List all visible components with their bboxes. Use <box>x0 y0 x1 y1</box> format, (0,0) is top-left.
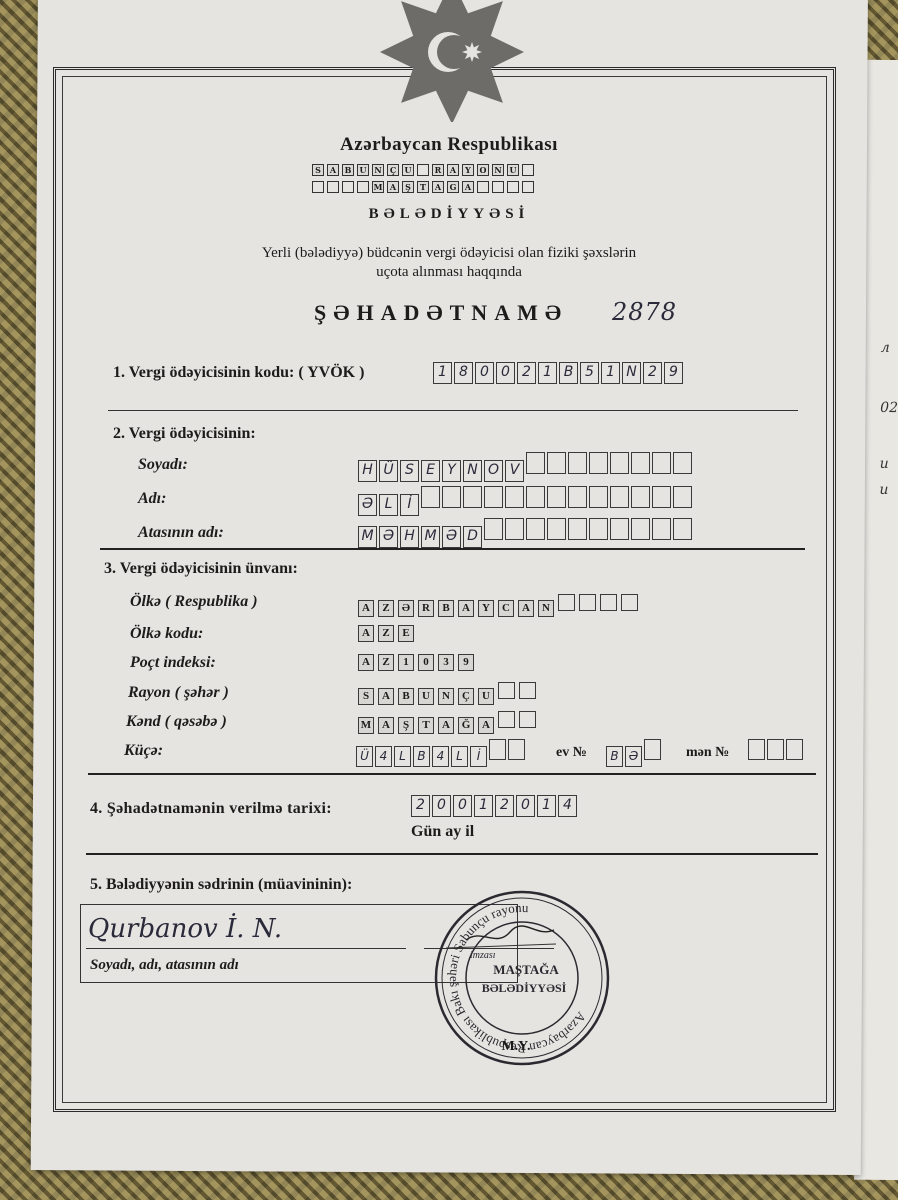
char-box[interactable] <box>748 739 765 760</box>
letter-box <box>327 181 339 193</box>
char-box[interactable]: 3 <box>438 654 454 671</box>
side-scribble: u <box>879 482 888 498</box>
char-box[interactable] <box>589 518 608 540</box>
district-field: SABUNÇU <box>358 682 540 705</box>
char-box[interactable]: A <box>438 717 454 734</box>
char-box[interactable]: İ <box>400 494 419 516</box>
char-box[interactable]: Ə <box>358 494 377 516</box>
char-box[interactable] <box>673 452 692 474</box>
char-box[interactable] <box>610 518 629 540</box>
char-box[interactable]: Ü <box>379 460 398 482</box>
stamp-line-1: MAŞTAĞA <box>493 962 559 977</box>
char-box[interactable]: 1 <box>601 362 620 384</box>
char-box[interactable]: 1 <box>474 795 493 817</box>
char-box[interactable] <box>579 594 596 611</box>
char-box[interactable]: Z <box>378 600 394 617</box>
village-label: Kənd ( qəsəbə ) <box>126 713 227 731</box>
char-box[interactable] <box>644 739 661 760</box>
certificate-title: ŞƏHADƏTNAMƏ <box>314 300 568 326</box>
char-box[interactable]: B <box>559 362 578 384</box>
apartment-field <box>748 739 805 765</box>
letter-box <box>342 181 354 193</box>
district-label: Rayon ( şəhər ) <box>128 684 229 702</box>
section2-heading: 2. Vergi ödəyicisinin: <box>113 425 256 443</box>
letter-box: U <box>357 164 369 176</box>
char-box[interactable]: H <box>358 460 377 482</box>
char-box[interactable]: 4 <box>375 746 392 767</box>
letter-box <box>507 181 519 193</box>
char-box[interactable] <box>526 518 545 540</box>
char-box[interactable] <box>673 486 692 508</box>
char-box[interactable]: 4 <box>432 746 449 767</box>
char-box[interactable]: M <box>358 526 377 548</box>
letter-box: R <box>432 164 444 176</box>
char-box[interactable]: M <box>421 526 440 548</box>
char-box[interactable] <box>558 594 575 611</box>
char-box[interactable] <box>786 739 803 760</box>
star-emblem-icon <box>372 0 532 122</box>
surname-label: Soyadı: <box>138 456 188 474</box>
republic-title: Azərbaycan Respublikası <box>0 134 898 156</box>
char-box[interactable]: A <box>518 600 534 617</box>
char-box[interactable]: 0 <box>453 795 472 817</box>
street-field: Ü4LB4Lİ <box>356 739 527 767</box>
country-field: AZƏRBAYCAN <box>358 594 642 617</box>
letter-box: Ş <box>402 181 414 193</box>
date-caption: Gün ay il <box>411 823 474 841</box>
signatory-caption: Soyadı, adı, atasının adı <box>90 957 239 974</box>
char-box[interactable]: D <box>463 526 482 548</box>
letter-box <box>357 181 369 193</box>
char-box[interactable]: Ç <box>458 688 474 705</box>
char-box[interactable] <box>673 518 692 540</box>
char-box[interactable] <box>568 518 587 540</box>
letter-box <box>312 181 324 193</box>
letter-box: G <box>447 181 459 193</box>
name-underline <box>86 948 406 949</box>
char-box[interactable]: N <box>438 688 454 705</box>
char-box[interactable]: 1 <box>433 362 452 384</box>
char-box[interactable]: 0 <box>475 362 494 384</box>
char-box[interactable]: U <box>418 688 434 705</box>
taxpayer-code-field: 180021B51N29 <box>433 362 685 384</box>
char-box[interactable]: Ş <box>398 717 414 734</box>
char-box[interactable] <box>610 452 629 474</box>
house-field: BƏ <box>606 739 663 767</box>
char-box[interactable]: 2 <box>643 362 662 384</box>
char-box[interactable]: A <box>358 600 374 617</box>
char-box[interactable]: B <box>413 746 430 767</box>
char-box[interactable]: N <box>538 600 554 617</box>
apartment-label: mən № <box>686 745 729 761</box>
letter-box: O <box>477 164 489 176</box>
char-box[interactable]: Ə <box>379 526 398 548</box>
document-subtitle: Yerli (bələdiyyə) büdcənin vergi ödəyici… <box>0 244 898 282</box>
country-code-field: AZE <box>358 623 418 642</box>
taxpayer-code-label: 1. Vergi ödəyicisinin kodu: ( YVÖK ) <box>113 364 364 382</box>
char-box[interactable] <box>484 518 503 540</box>
char-box[interactable]: 0 <box>418 654 434 671</box>
house-label: ev № <box>556 745 587 761</box>
divider <box>88 773 816 775</box>
char-box[interactable] <box>652 486 671 508</box>
letter-box: U <box>402 164 414 176</box>
char-box[interactable]: N <box>463 460 482 482</box>
char-box[interactable]: A <box>358 625 374 642</box>
chairman-label: 5. Bələdiyyənin sədrinin (müavininin): <box>90 876 352 894</box>
char-box[interactable]: 8 <box>454 362 473 384</box>
side-scribble: л <box>881 340 890 356</box>
char-box[interactable] <box>484 486 503 508</box>
postal-index-field: AZ1039 <box>358 652 478 671</box>
municipality-title: BƏLƏDİYYƏSİ <box>0 206 898 223</box>
char-box[interactable]: 0 <box>516 795 535 817</box>
char-box[interactable]: Y <box>442 460 461 482</box>
char-box[interactable]: 2 <box>495 795 514 817</box>
village-field: MAŞTAĞA <box>358 711 540 734</box>
section3-heading: 3. Vergi ödəyicisinin ünvanı: <box>104 560 298 578</box>
divider <box>86 853 818 855</box>
char-box[interactable]: 2 <box>411 795 430 817</box>
char-box[interactable]: 5 <box>580 362 599 384</box>
char-box[interactable]: 0 <box>496 362 515 384</box>
char-box[interactable] <box>519 682 536 699</box>
char-box[interactable] <box>547 452 566 474</box>
char-box[interactable] <box>767 739 784 760</box>
char-box[interactable]: 2 <box>517 362 536 384</box>
patronymic-label: Atasının adı: <box>138 524 224 542</box>
char-box[interactable]: L <box>379 494 398 516</box>
char-box[interactable] <box>526 452 545 474</box>
char-box[interactable] <box>589 452 608 474</box>
letter-box: N <box>492 164 504 176</box>
char-box[interactable] <box>526 486 545 508</box>
stamp-line-2: BƏLƏDİYYƏSİ <box>482 981 567 995</box>
signatory-name: Qurbanov İ. N. <box>88 914 282 944</box>
char-box[interactable]: 9 <box>664 362 683 384</box>
char-box[interactable]: U <box>478 688 494 705</box>
letter-box <box>492 181 504 193</box>
char-box[interactable]: Ə <box>442 526 461 548</box>
letter-box: A <box>447 164 459 176</box>
char-box[interactable] <box>498 711 515 728</box>
char-box[interactable]: 1 <box>538 362 557 384</box>
letter-box <box>522 181 534 193</box>
signature-caption: imzası <box>470 950 496 961</box>
district-letter-boxes: SABUNÇURAYONU <box>312 164 534 176</box>
char-box[interactable] <box>589 486 608 508</box>
divider <box>100 548 805 550</box>
char-box[interactable]: Y <box>478 600 494 617</box>
char-box[interactable]: A <box>358 654 374 671</box>
letter-box: T <box>417 181 429 193</box>
char-box[interactable]: S <box>400 460 419 482</box>
postal-label: Poçt indeksi: <box>130 654 216 672</box>
char-box[interactable]: A <box>378 717 394 734</box>
name-label: Adı: <box>138 490 166 508</box>
char-box[interactable]: B <box>398 688 414 705</box>
char-box[interactable]: H <box>400 526 419 548</box>
side-scribble: u <box>880 456 889 472</box>
char-box[interactable] <box>489 739 506 760</box>
char-box[interactable] <box>505 518 524 540</box>
surname-field: HÜSEYNOV <box>358 452 694 482</box>
char-box[interactable]: A <box>458 600 474 617</box>
char-box[interactable]: L <box>394 746 411 767</box>
issue-date-label: 4. Şəhadətnamənin verilmə tarixi: <box>90 800 332 818</box>
char-box[interactable]: V <box>505 460 524 482</box>
letter-box: B <box>342 164 354 176</box>
char-box[interactable]: N <box>622 362 641 384</box>
letter-box: U <box>507 164 519 176</box>
char-box[interactable] <box>568 486 587 508</box>
char-box[interactable]: A <box>478 717 494 734</box>
issue-date-field: 20012014 <box>411 795 579 817</box>
char-box[interactable]: 0 <box>432 795 451 817</box>
letter-box: M <box>372 181 384 193</box>
char-box[interactable]: Ə <box>398 600 414 617</box>
char-box[interactable]: 1 <box>537 795 556 817</box>
char-box[interactable] <box>631 486 650 508</box>
char-box[interactable] <box>498 682 515 699</box>
village-letter-boxes: MAŞTAGA <box>312 181 534 193</box>
char-box[interactable]: 9 <box>458 654 474 671</box>
letter-box: S <box>312 164 324 176</box>
certificate-number: 2878 <box>612 298 677 326</box>
char-box[interactable] <box>652 518 671 540</box>
char-box[interactable]: E <box>398 625 414 642</box>
char-box[interactable]: R <box>418 600 434 617</box>
char-box[interactable]: M <box>358 717 374 734</box>
letter-box: A <box>462 181 474 193</box>
char-box[interactable] <box>621 594 638 611</box>
letter-box: Y <box>462 164 474 176</box>
letter-box <box>522 164 534 176</box>
name-field: ƏLİ <box>358 486 694 516</box>
char-box[interactable] <box>568 452 587 474</box>
char-box[interactable]: Ə <box>625 746 642 767</box>
letter-box: N <box>372 164 384 176</box>
patronymic-field: MƏHMƏD <box>358 518 694 548</box>
letter-box: Ç <box>387 164 399 176</box>
char-box[interactable]: B <box>606 746 623 767</box>
char-box[interactable] <box>463 486 482 508</box>
char-box[interactable]: A <box>378 688 394 705</box>
char-box[interactable] <box>547 486 566 508</box>
letter-box <box>477 181 489 193</box>
char-box[interactable]: O <box>484 460 503 482</box>
letter-box: A <box>432 181 444 193</box>
char-box[interactable]: Ü <box>356 746 373 767</box>
char-box[interactable]: C <box>498 600 514 617</box>
stamp-seal-mark: M.Y. <box>501 1039 530 1054</box>
country-label: Ölkə ( Respublika ) <box>130 593 258 611</box>
char-box[interactable] <box>519 711 536 728</box>
char-box[interactable]: Z <box>378 625 394 642</box>
char-box[interactable]: 1 <box>398 654 414 671</box>
street-label: Küçə: <box>124 742 163 760</box>
char-box[interactable] <box>610 486 629 508</box>
char-box[interactable] <box>652 452 671 474</box>
side-scribble: 02 <box>880 400 898 416</box>
letter-box <box>417 164 429 176</box>
char-box[interactable] <box>631 452 650 474</box>
char-box[interactable]: L <box>451 746 468 767</box>
country-code-label: Ölkə kodu: <box>130 625 203 643</box>
divider <box>108 410 798 411</box>
char-box[interactable] <box>442 486 461 508</box>
char-box[interactable] <box>547 518 566 540</box>
char-box[interactable]: 4 <box>558 795 577 817</box>
char-box[interactable]: Ğ <box>458 717 474 734</box>
char-box[interactable]: Z <box>378 654 394 671</box>
char-box[interactable] <box>600 594 617 611</box>
char-box[interactable] <box>421 486 440 508</box>
char-box[interactable] <box>631 518 650 540</box>
official-stamp: Azərbaycan Respublikası Bakı şəhəri Sabu… <box>432 888 612 1066</box>
char-box[interactable]: T <box>418 717 434 734</box>
char-box[interactable]: E <box>421 460 440 482</box>
letter-box: A <box>327 164 339 176</box>
char-box[interactable] <box>505 486 524 508</box>
char-box[interactable] <box>508 739 525 760</box>
char-box[interactable]: S <box>358 688 374 705</box>
char-box[interactable]: B <box>438 600 454 617</box>
letter-box: A <box>387 181 399 193</box>
char-box[interactable]: İ <box>470 746 487 767</box>
